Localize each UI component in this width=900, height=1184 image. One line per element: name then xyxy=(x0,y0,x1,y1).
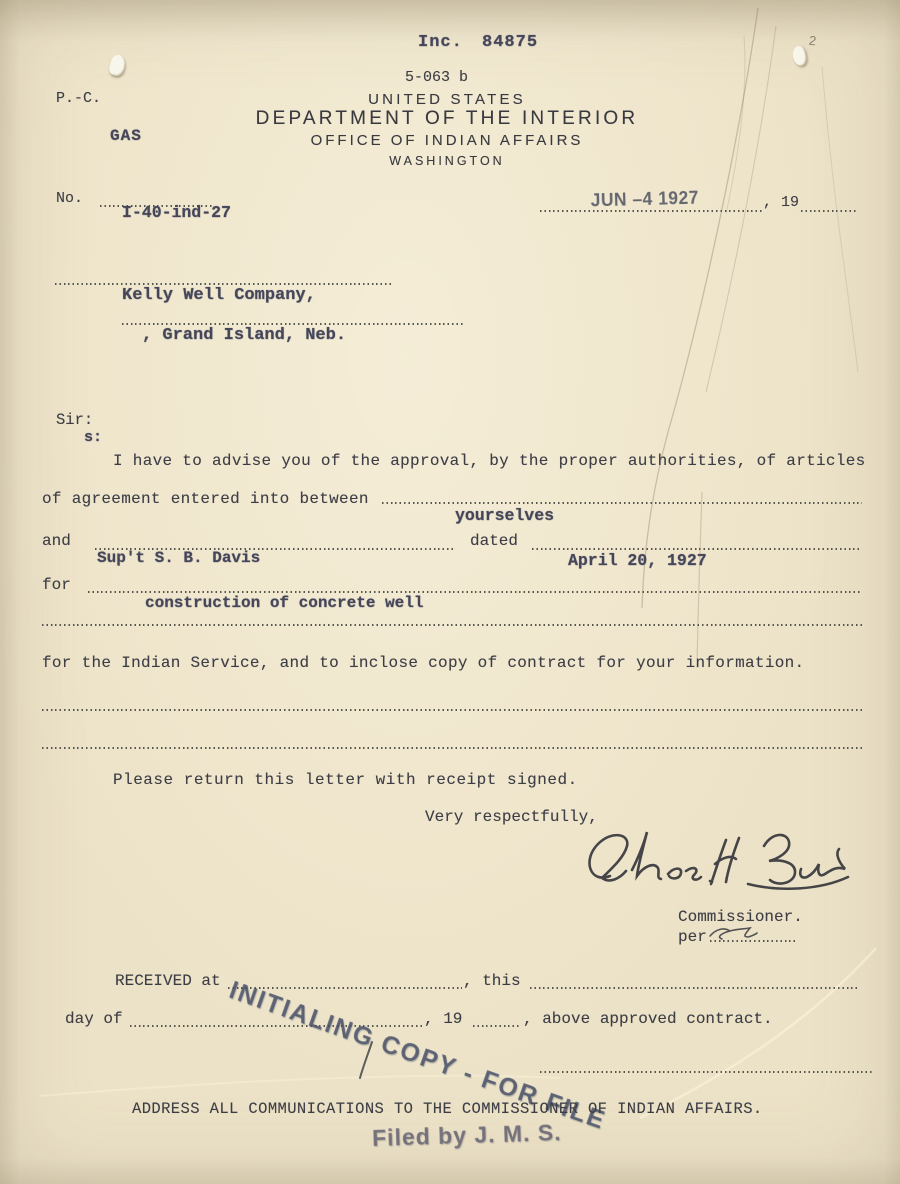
gas-stamp: GAS xyxy=(110,127,142,145)
for-label: for xyxy=(42,576,71,594)
salutation: Sir: xyxy=(56,411,93,429)
body-advise-line: I have to advise you of the approval, by… xyxy=(113,452,866,470)
signature-handwriting xyxy=(568,824,853,912)
letterhead-department: DEPARTMENT OF THE INTERIOR xyxy=(256,108,639,130)
addressee-location: , Grand Island, Neb. xyxy=(142,326,346,345)
for-value: construction of concrete well xyxy=(145,594,423,612)
above-contract-label: , above approved contract. xyxy=(523,1010,773,1028)
addressee-company: Kelly Well Company, xyxy=(122,286,316,305)
this-label: , this xyxy=(463,972,521,990)
dated-value: April 20, 1927 xyxy=(568,551,707,570)
dotted-line xyxy=(540,1071,873,1073)
number-label: No. xyxy=(56,190,83,207)
dotted-line xyxy=(42,624,862,626)
dotted-line xyxy=(42,709,862,711)
file-number-stamp: Inc. 84875 xyxy=(418,33,538,52)
date-year-suffix: , 19 xyxy=(763,194,799,211)
body-agreement-prefix: of agreement entered into between xyxy=(42,490,369,508)
stray-typed-mark: s: xyxy=(84,429,102,446)
dotted-line xyxy=(801,210,858,212)
and-label: and xyxy=(42,532,71,550)
dotted-line xyxy=(88,591,862,593)
form-code: 5-063 b xyxy=(405,69,468,86)
dotted-line xyxy=(532,548,862,550)
corner-code: P.-C. xyxy=(56,90,101,107)
between-value: yourselves xyxy=(455,506,554,525)
footer-address-line: ADDRESS ALL COMMUNICATIONS TO THE COMMIS… xyxy=(132,1100,763,1118)
per-label: per xyxy=(678,928,707,946)
dotted-line xyxy=(710,940,798,942)
number-value: I-40-ind-27 xyxy=(122,203,231,222)
dotted-line xyxy=(42,747,862,749)
dated-label: dated xyxy=(470,532,518,550)
dotted-line xyxy=(55,283,393,285)
letter-document: 2 Inc. 84875 5-063 b P.-C. UNITED STATES… xyxy=(0,0,900,1184)
letterhead-country: UNITED STATES xyxy=(368,91,526,108)
signature-title: Commissioner. xyxy=(678,908,803,926)
return-request-line: Please return this letter with receipt s… xyxy=(113,771,578,789)
dotted-line xyxy=(122,323,465,325)
body-service-line: for the Indian Service, and to inclose c… xyxy=(42,654,804,672)
dotted-line xyxy=(530,987,860,989)
year-label: , 19 xyxy=(424,1010,462,1028)
received-at-label: RECEIVED at xyxy=(115,972,221,990)
letterhead-office: OFFICE OF INDIAN AFFAIRS xyxy=(311,132,584,149)
dotted-line xyxy=(382,502,862,504)
and-value: Sup't S. B. Davis xyxy=(97,549,260,567)
day-of-label: day of xyxy=(65,1010,123,1028)
dotted-line xyxy=(540,210,762,212)
date-received-stamp: JUN –4 1927 xyxy=(590,188,699,212)
handwritten-slash-mark xyxy=(356,1040,376,1080)
letterhead-city: WASHINGTON xyxy=(389,154,504,168)
dotted-line xyxy=(473,1025,521,1027)
